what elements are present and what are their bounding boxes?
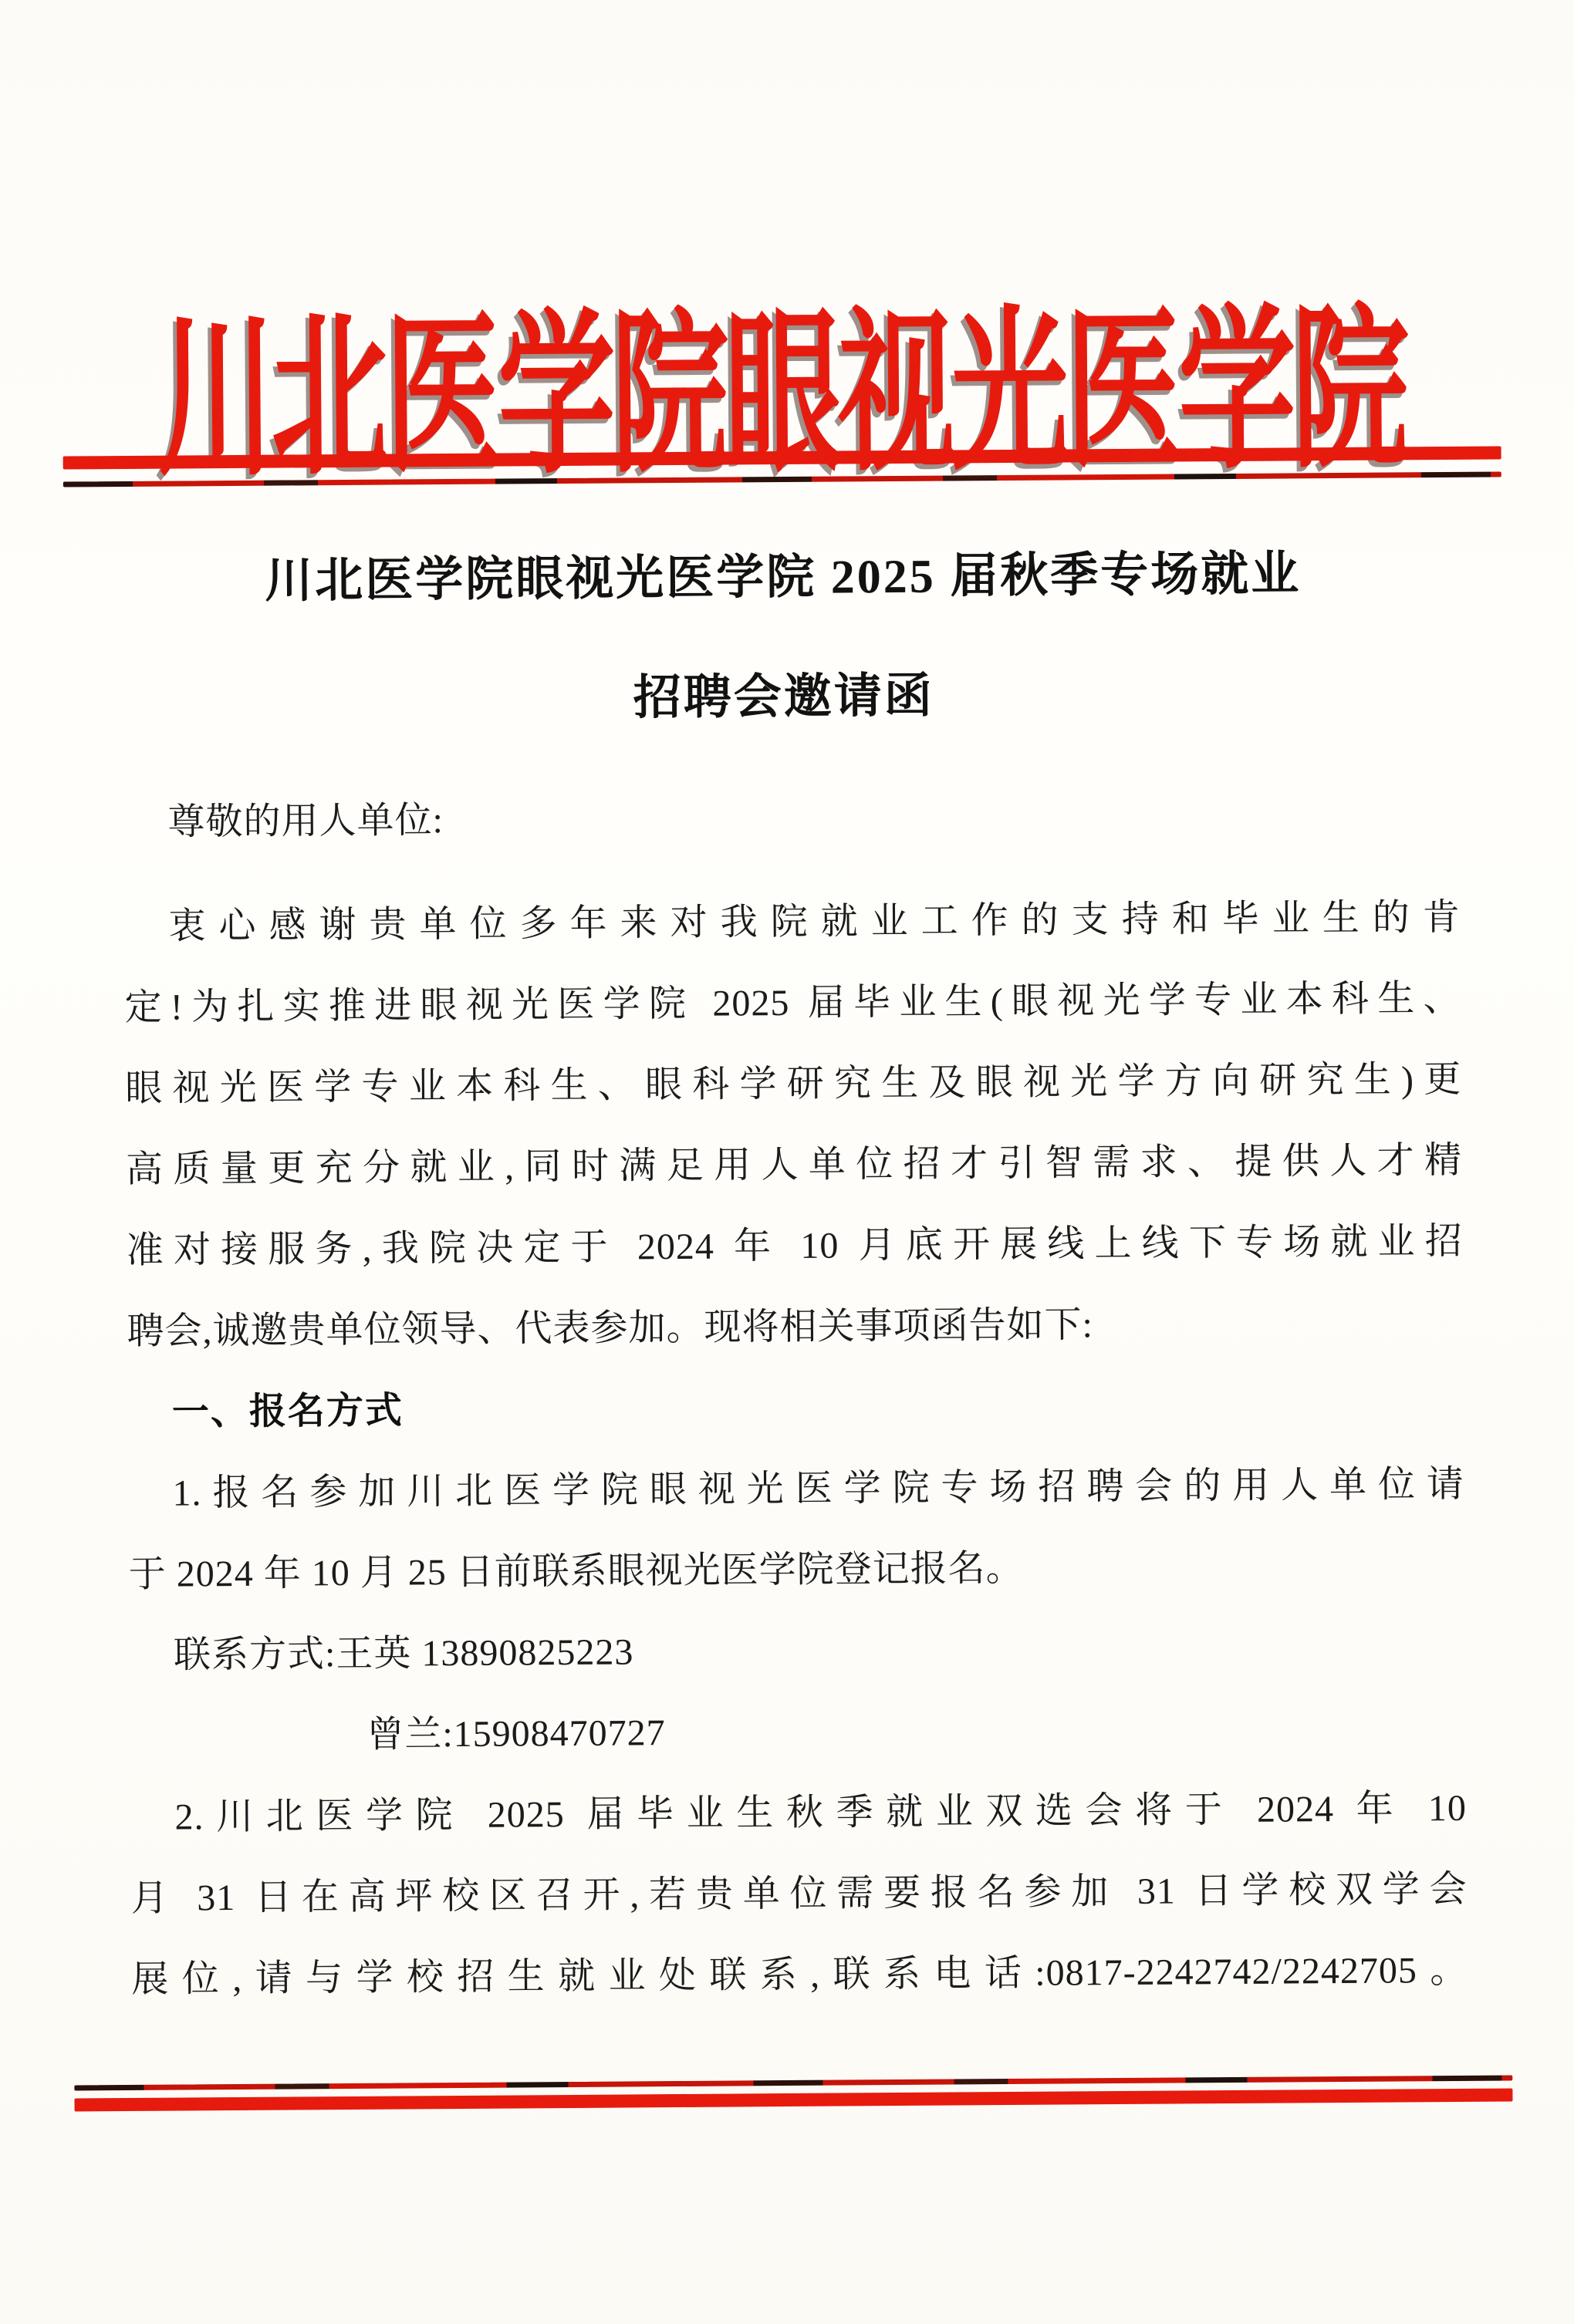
paragraph-line: 1.报名参加川北医学院眼视光医学院专场招聘会的用人单位请 bbox=[128, 1444, 1465, 1534]
page-content: 川北医学院眼视光医学院 川北医学院眼视光医学院 2025 届秋季专场就业 招聘会… bbox=[0, 0, 1574, 2324]
paragraph-line: 准对接服务,我院决定于 2024 年 10 月底开展线上线下专场就业招 bbox=[126, 1201, 1463, 1291]
paragraph-line: 高质量更充分就业,同时满足用人单位招才引智需求、提供人才精 bbox=[126, 1120, 1463, 1210]
paragraph-line: 衷心感谢贵单位多年来对我院就业工作的支持和毕业生的肯 bbox=[123, 877, 1461, 967]
contact-line-wangying: 联系方式:王英 13890825223 bbox=[129, 1606, 1466, 1696]
footer-rule-thick bbox=[74, 2088, 1512, 2111]
section-heading: 一、报名方式 bbox=[127, 1363, 1464, 1453]
document-title-line2: 招聘会邀请函 bbox=[0, 653, 1571, 732]
scanned-document-page: 川北医学院眼视光医学院 川北医学院眼视光医学院 2025 届秋季专场就业 招聘会… bbox=[0, 0, 1574, 2324]
paragraph-line: 于 2024 年 10 月 25 日前联系眼视光医学院登记报名。 bbox=[128, 1525, 1465, 1615]
footer-rule-thin bbox=[74, 2075, 1512, 2090]
document-title-line1: 川北医学院眼视光医学院 2025 届秋季专场就业 bbox=[0, 533, 1570, 612]
paragraph-line: 聘会,诚邀贵单位领导、代表参加。现将相关事项函告如下: bbox=[127, 1282, 1464, 1372]
paragraph-line: 定!为扎实推进眼视光医学院 2025 届毕业生(眼视光学专业本科生、 bbox=[124, 958, 1461, 1048]
paragraph-line: 2.川北医学院 2025 届毕业生秋季就业双选会将于 2024 年 10 bbox=[130, 1768, 1468, 1858]
institution-banner-title: 川北医学院眼视光医学院 bbox=[0, 248, 1569, 511]
paragraph-line: 眼视光医学专业本科生、眼科学研究生及眼视光学方向研究生)更 bbox=[125, 1039, 1462, 1129]
salutation-line: 尊敬的用人单位: bbox=[123, 773, 1461, 863]
letter-body: 尊敬的用人单位: 衷心感谢贵单位多年来对我院就业工作的支持和毕业生的肯 定!为扎… bbox=[123, 773, 1468, 2020]
paragraph-line: 展位,请与学校招生就业处联系,联系电话:0817-2242742/2242705… bbox=[131, 1930, 1468, 2020]
paragraph-line: 月 31 日在高坪校区召开,若贵单位需要报名参加 31 日学校双学会 bbox=[130, 1849, 1468, 1939]
contact-line-zenglan: 曾兰:15908470727 bbox=[130, 1687, 1467, 1777]
